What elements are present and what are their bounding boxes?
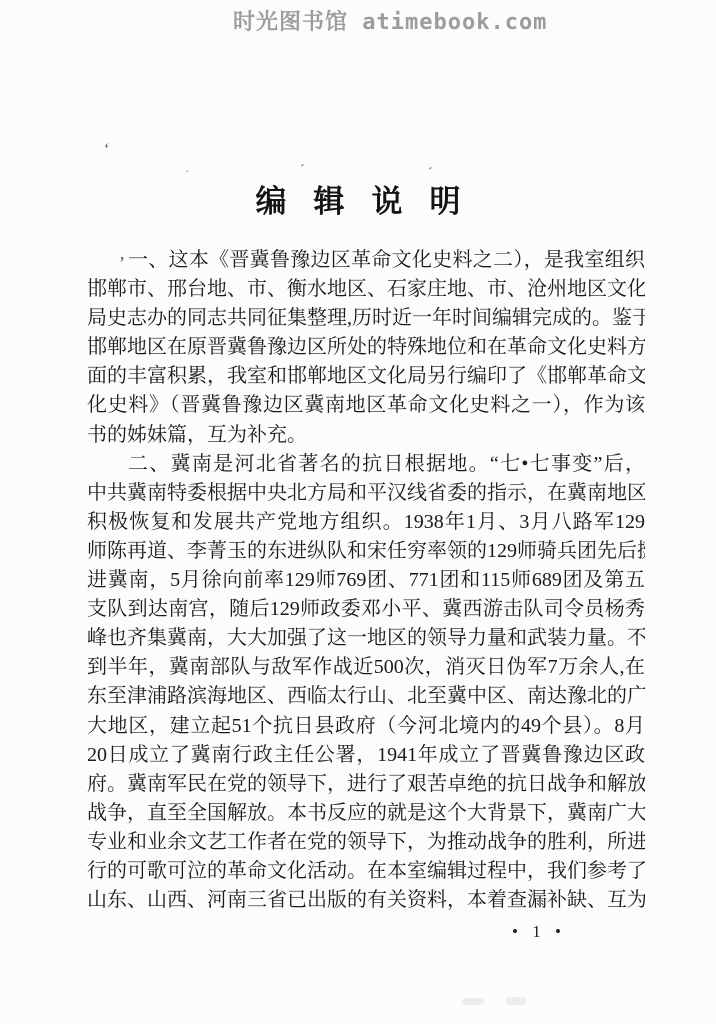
scan-smudge [462,998,484,1005]
text-line: 行的可歌可泣的革命文化活动。在本室编辑过程中，我们参考了 [87,857,645,886]
page-number: • 1 • [512,922,632,942]
text-line: 大地区，建立起51个抗日县政府（今河北境内的49个县）。8月 [87,712,645,741]
text-line: 二、冀南是河北省著名的抗日根据地。“七•七事变”后， [87,450,645,479]
text-line: 专业和业余文艺工作者在党的领导下，为推动战争的胜利，所进 [87,828,645,857]
text-line: 20日成立了冀南行政主任公署，1941年成立了晋冀鲁豫边区政 [87,741,645,770]
text-line: 中共冀南特委根据中央北方局和平汉线省委的指示，在冀南地区 [87,479,645,508]
scan-artifact-tick: ʻ [104,142,109,158]
text-line: 支队到达南宫，随后129师政委邓小平、冀西游击队司令员杨秀 [87,595,645,624]
text-line: 师陈再道、李菁玉的东进纵队和宋任穷率领的129师骑兵团先后挺 [87,537,645,566]
body-text: 一、这本《晋冀鲁豫边区革命文化史料之二），是我室组织 邯郸市、邢台地、市、衡水地… [87,246,645,915]
text-line: 府。冀南军民在党的领导下，进行了艰苦卓绝的抗日战争和解放 [87,770,645,799]
page-title: 编辑说明 [0,176,716,221]
text-line: 局史志办的同志共同征集整理,历时近一年时间编辑完成的。鉴于 [87,304,645,333]
text-line: 到半年，冀南部队与敌军作战近500次，消灭日伪军7万余人,在 [87,653,645,682]
text-line: 书的姊妹篇，互为补充。 [87,421,645,450]
text-line: 峰也齐集冀南，大大加强了这一地区的领导力量和武装力量。不 [87,624,645,653]
scanned-book-page: 时光图书馆 atimebook.com ʻ · ˊ ˊ ’ 编辑说明 一、这本《… [0,0,716,1024]
text-line: 进冀南，5月徐向前率129师769团、771团和115师689团及第五 [87,566,645,595]
text-line: 一、这本《晋冀鲁豫边区革命文化史料之二），是我室组织 [87,246,645,275]
text-line: 邯郸地区在原晋冀鲁豫边区所处的特殊地位和在革命文化史料方 [87,333,645,362]
text-line: 化史料》（晋冀鲁豫边区冀南地区革命文化史料之一），作为该 [87,391,645,420]
text-line: 战争，直至全国解放。本书反应的就是这个大背景下，冀南广大 [87,799,645,828]
text-line: 东至津浦路滨海地区、西临太行山、北至冀中区、南达豫北的广 [87,682,645,711]
text-line: 积极恢复和发展共产党地方组织。1938年1月、3月八路军129 [87,508,645,537]
text-line: 山东、山西、河南三省已出版的有关资料，本着查漏补缺、互为 [87,886,645,915]
scan-smudge [506,997,526,1005]
paragraph: 二、冀南是河北省著名的抗日根据地。“七•七事变”后， 中共冀南特委根据中央北方局… [87,450,645,916]
watermark-text: 时光图书馆 atimebook.com [233,5,547,36]
paragraph: 一、这本《晋冀鲁豫边区革命文化史料之二），是我室组织 邯郸市、邢台地、市、衡水地… [87,246,645,450]
text-line: 邯郸市、邢台地、市、衡水地区、石家庄地、市、沧州地区文化 [87,275,645,304]
text-line: 面的丰富积累，我室和邯郸地区文化局另行编印了《邯郸革命文 [87,362,645,391]
